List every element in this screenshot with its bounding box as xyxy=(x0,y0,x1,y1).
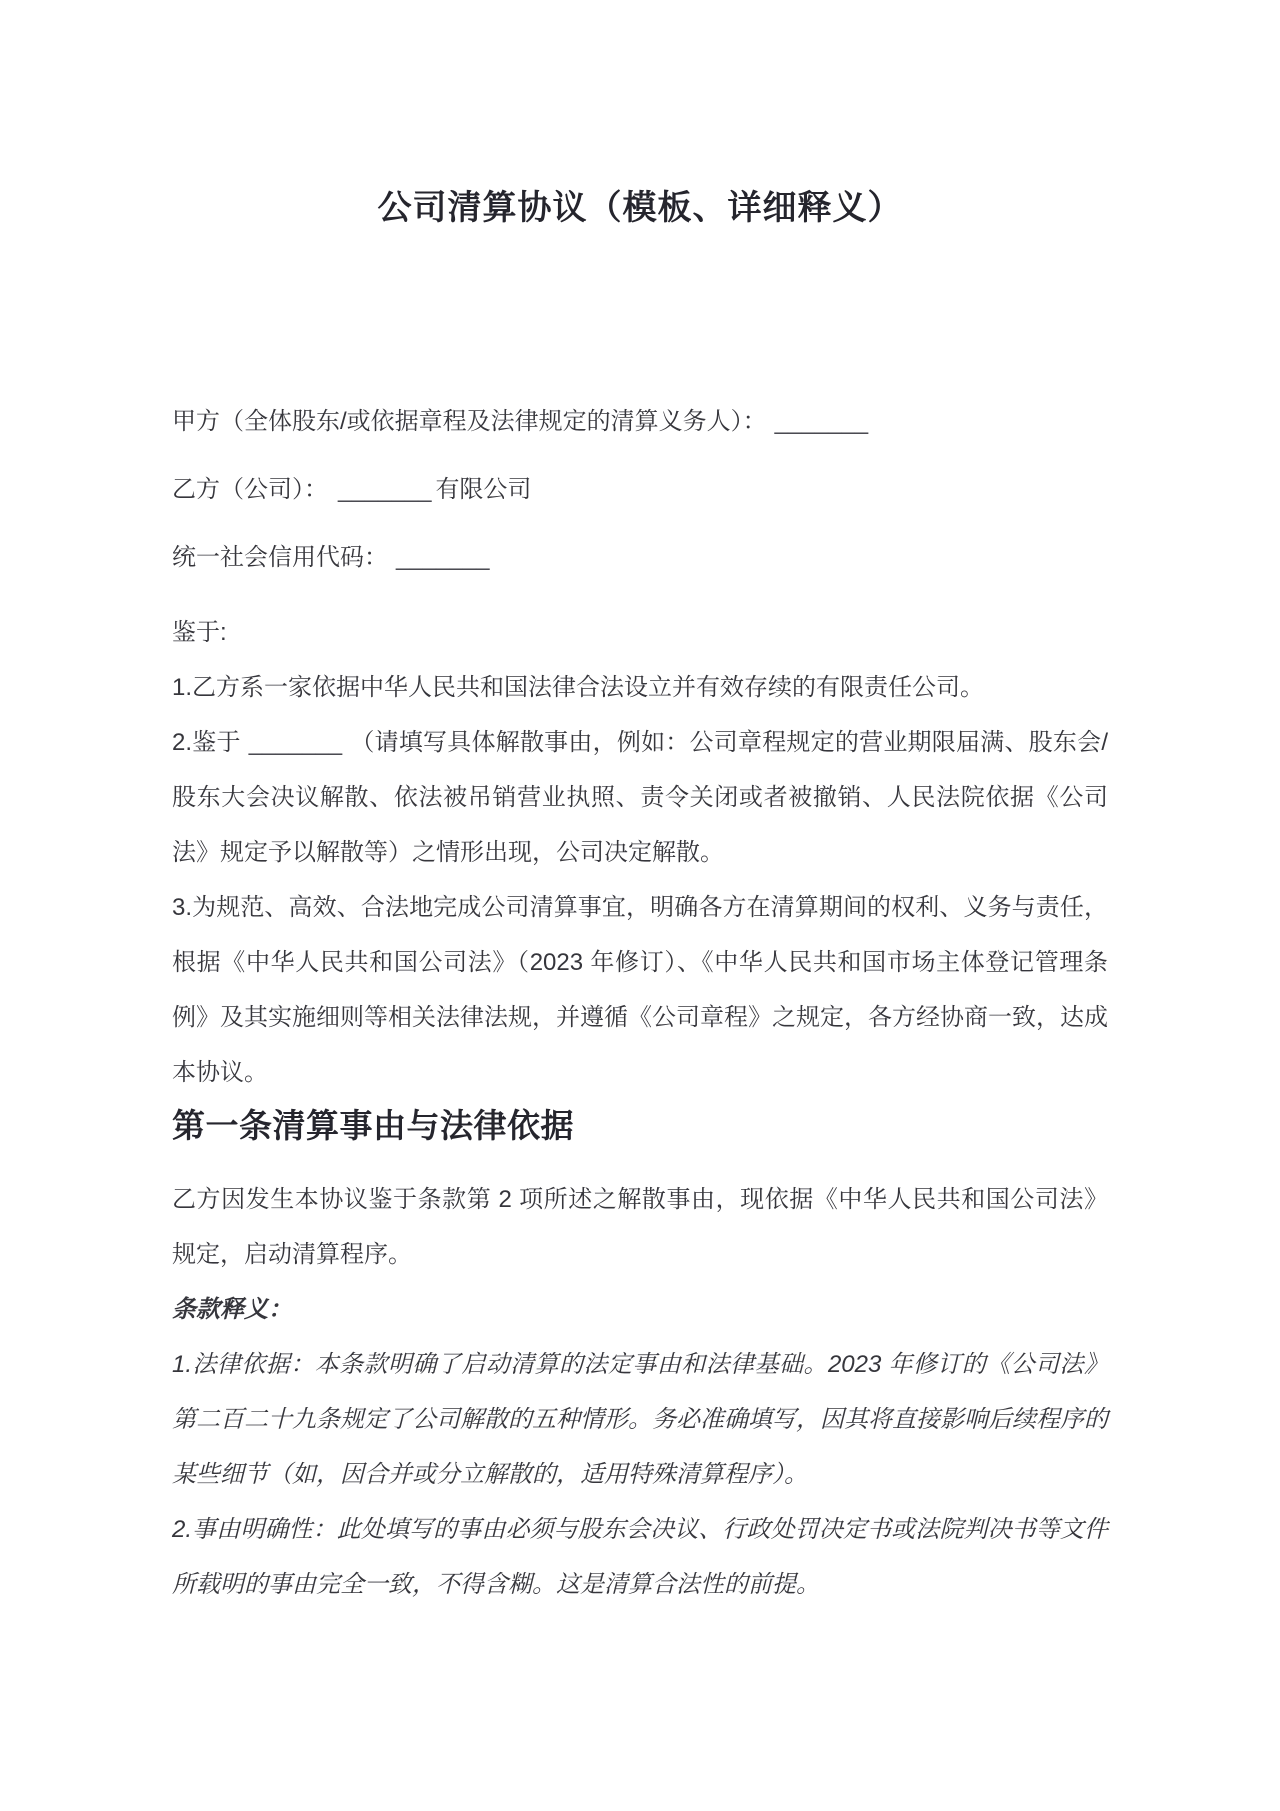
party-yi-suffix: 有限公司 xyxy=(435,476,531,503)
party-line-credit-code: 统一社会信用代码：_______ xyxy=(172,530,1108,585)
document-page: 公司清算协议（模板、详细释义） 甲方（全体股东/或依据章程及法律规定的清算义务人… xyxy=(0,0,1280,1811)
party-jia-blank-field: _______ xyxy=(775,408,868,435)
party-block: 甲方（全体股东/或依据章程及法律规定的清算义务人）：_______ 乙方（公司）… xyxy=(172,394,1108,585)
recitals-block: 鉴于: 1.乙方系一家依据中华人民共和国法律合法设立并有效存续的有限责任公司。 … xyxy=(172,605,1108,1100)
article-1-body-text: 乙方因发生本协议鉴于条款第 2 项所述之解散事由，现依据《中华人民共和国公司法》… xyxy=(172,1172,1108,1282)
recitals-label: 鉴于: xyxy=(172,605,1108,660)
document-title: 公司清算协议（模板、详细释义） xyxy=(172,0,1108,232)
interpretation-label: 条款释义： xyxy=(172,1282,1108,1337)
recital-item-2: 2.鉴于_______（请填写具体解散事由，例如：公司章程规定的营业期限届满、股… xyxy=(172,715,1108,880)
recital-item-2-text-before: 2.鉴于 xyxy=(172,729,241,756)
party-line-jia: 甲方（全体股东/或依据章程及法律规定的清算义务人）：_______ xyxy=(172,394,1108,449)
article-1-heading: 第一条清算事由与法律依据 xyxy=(172,1102,1108,1150)
party-jia-label: 甲方（全体股东/或依据章程及法律规定的清算义务人）： xyxy=(172,408,767,435)
recital-item-1: 1.乙方系一家依据中华人民共和国法律合法设立并有效存续的有限责任公司。 xyxy=(172,660,1108,715)
interpretation-item-2: 2.事由明确性：此处填写的事由必须与股东会决议、行政处罚决定书或法院判决书等文件… xyxy=(172,1502,1108,1612)
interpretation-item-1: 1.法律依据：本条款明确了启动清算的法定事由和法律基础。2023 年修订的《公司… xyxy=(172,1337,1108,1502)
credit-code-blank-field: _______ xyxy=(396,544,489,571)
recital-item-2-blank-field: _______ xyxy=(249,729,342,756)
party-yi-label: 乙方（公司）： xyxy=(172,476,328,503)
credit-code-label: 统一社会信用代码： xyxy=(172,544,388,571)
article-1-body-block: 乙方因发生本协议鉴于条款第 2 项所述之解散事由，现依据《中华人民共和国公司法》… xyxy=(172,1172,1108,1612)
party-line-yi: 乙方（公司）：_______有限公司 xyxy=(172,462,1108,517)
recital-item-3: 3.为规范、高效、合法地完成公司清算事宜，明确各方在清算期间的权利、义务与责任，… xyxy=(172,880,1108,1100)
party-yi-blank-field: _______ xyxy=(338,476,431,503)
